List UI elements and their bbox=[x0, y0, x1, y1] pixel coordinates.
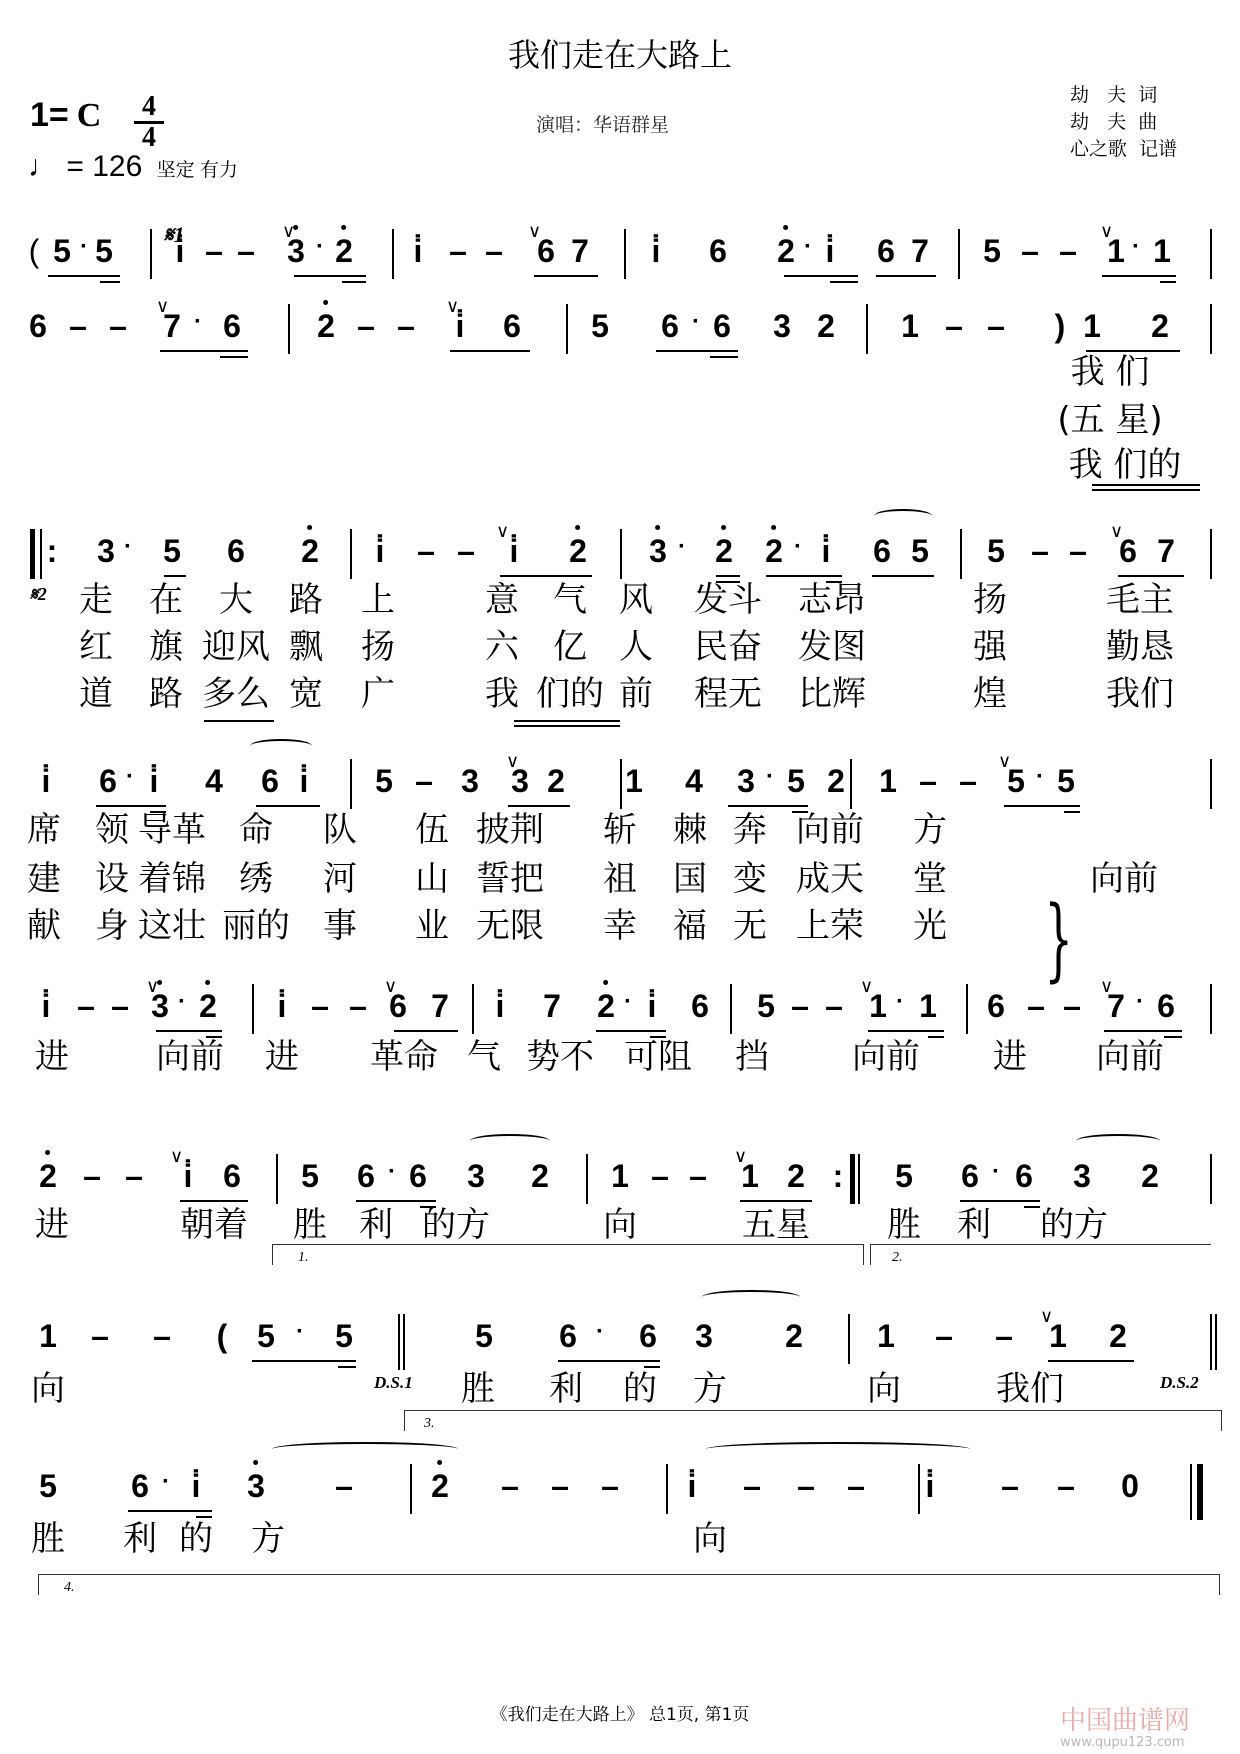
note: i̇ bbox=[688, 1470, 697, 1502]
slur-tie bbox=[250, 739, 312, 753]
breath-mark-icon: ∨ bbox=[496, 521, 509, 542]
dash-extension: – bbox=[83, 1160, 101, 1192]
note: 6 bbox=[131, 1470, 149, 1502]
dash-extension: – bbox=[311, 990, 329, 1022]
beam-underline bbox=[394, 1030, 458, 1032]
note: 2 bbox=[301, 535, 319, 567]
dot-augmentation: · bbox=[804, 235, 812, 259]
dash-extension: – bbox=[1021, 235, 1039, 267]
note: 5 bbox=[39, 1470, 57, 1502]
dash-extension: – bbox=[919, 765, 937, 797]
lyric-syllable: 向前 bbox=[852, 1040, 920, 1074]
lyric-syllable: 五星 bbox=[742, 1208, 810, 1242]
barline bbox=[566, 304, 568, 354]
note: 3 bbox=[737, 765, 755, 797]
lyric-syllable: 势不 bbox=[526, 1040, 594, 1074]
dash-extension: – bbox=[125, 1160, 143, 1192]
note: 2 bbox=[817, 310, 835, 342]
note: 5 bbox=[335, 1320, 353, 1352]
beam-underline bbox=[204, 720, 274, 722]
beam-underline bbox=[868, 1030, 944, 1032]
lyric-syllable: 人 bbox=[619, 630, 653, 664]
lyric-syllable: 扬 bbox=[973, 583, 1007, 617]
barline bbox=[730, 984, 732, 1034]
dash-extension: – bbox=[153, 1320, 171, 1352]
lyric-syllable: 路 bbox=[289, 583, 323, 617]
barline bbox=[624, 229, 626, 279]
note: 6 bbox=[877, 235, 895, 267]
note: 3 bbox=[247, 1470, 265, 1502]
lyric-syllable: 胜 bbox=[31, 1522, 65, 1556]
dash-extension: – bbox=[1001, 1470, 1019, 1502]
beam-underline bbox=[196, 1516, 212, 1518]
note: 6 bbox=[357, 1160, 375, 1192]
lyric-syllable: 上 bbox=[361, 583, 395, 617]
lyric-syllable: 进 bbox=[35, 1208, 69, 1242]
lyric-syllable: 强 bbox=[973, 630, 1007, 664]
beam-underline bbox=[766, 575, 842, 577]
note: 4 bbox=[205, 765, 223, 797]
lyric-syllable: 我们 bbox=[1106, 677, 1174, 711]
lyric-syllable: 煌 bbox=[973, 677, 1007, 711]
segno-2-mark: 𝄋2 bbox=[30, 584, 47, 605]
lyric-syllable: 献 bbox=[27, 909, 61, 943]
lyric-syllable: 胜 bbox=[887, 1208, 921, 1242]
dot-augmentation: · bbox=[624, 990, 632, 1014]
lyric-syllable: 胜 bbox=[293, 1208, 327, 1242]
note: 2 bbox=[1109, 1320, 1127, 1352]
dash-extension: – bbox=[797, 1470, 815, 1502]
beam-underline bbox=[644, 1366, 660, 1368]
beam-underline bbox=[1048, 1360, 1134, 1362]
watermark-text: 中国曲谱网 bbox=[1060, 1706, 1190, 1736]
note: 6 bbox=[1015, 1160, 1033, 1192]
note: i̇ bbox=[150, 765, 159, 797]
lyric-syllable: 向 bbox=[693, 1522, 727, 1556]
note: ( bbox=[217, 1320, 228, 1352]
barline bbox=[1210, 229, 1212, 279]
note: i̇ bbox=[192, 1470, 201, 1502]
volta-3-number: 3. bbox=[424, 1416, 435, 1432]
lyric-syllable: 幸 bbox=[603, 909, 637, 943]
beam-underline bbox=[508, 805, 570, 807]
lyricist-credit: 劫 夫 词 bbox=[1070, 82, 1177, 109]
dash-extension: – bbox=[1057, 1470, 1075, 1502]
lyric-syllable: 风 bbox=[619, 583, 653, 617]
note: 6 bbox=[961, 1160, 979, 1192]
lyric-syllable: 发图 bbox=[798, 630, 866, 664]
time-signature: 4 4 bbox=[134, 94, 164, 151]
dash-extension: – bbox=[205, 235, 223, 267]
dash-extension: – bbox=[415, 765, 433, 797]
note: 2 bbox=[317, 310, 335, 342]
lyric-syllable: 利 bbox=[123, 1522, 157, 1556]
lyric-syllable: 广 bbox=[361, 677, 395, 711]
dash-extension: – bbox=[77, 990, 95, 1022]
lyric-syllable: 走 bbox=[79, 583, 113, 617]
lyric-alt-pickup: (五 星) bbox=[1057, 403, 1162, 437]
note: 0 bbox=[1121, 1470, 1139, 1502]
lyric-syllable: 着锦 bbox=[138, 862, 206, 896]
lyric-syllable: 利 bbox=[359, 1208, 393, 1242]
lyric-syllable: 方 bbox=[913, 813, 947, 847]
lyric-syllable: 成天 bbox=[796, 862, 864, 896]
note: 5 bbox=[301, 1160, 319, 1192]
lyric-syllable: 气 bbox=[553, 583, 587, 617]
time-top: 4 bbox=[134, 94, 164, 120]
dot-augmentation: · bbox=[766, 765, 774, 789]
dash-extension: – bbox=[501, 1470, 519, 1502]
note: 2 bbox=[597, 990, 615, 1022]
volta-1-bracket bbox=[272, 1244, 864, 1265]
page-footer: 《我们走在大路上》 总1页, 第1页 bbox=[0, 1700, 1240, 1725]
barline bbox=[866, 304, 868, 354]
note: 2 bbox=[1141, 1160, 1159, 1192]
dash-extension: – bbox=[825, 990, 843, 1022]
note: 2 bbox=[531, 1160, 549, 1192]
note: 1 bbox=[741, 1160, 759, 1192]
lyric-syllable: 我 bbox=[485, 677, 519, 711]
beam-underline bbox=[710, 356, 738, 358]
lyric-syllable: 山 bbox=[415, 862, 449, 896]
note: : bbox=[833, 1160, 844, 1192]
repeat-end-thick bbox=[850, 1154, 855, 1204]
lyric-syllable: 业 bbox=[415, 909, 449, 943]
lyric-syllable: 红 bbox=[79, 630, 113, 664]
note: 2 bbox=[39, 1160, 57, 1192]
lyric-syllable: 无限 bbox=[476, 909, 544, 943]
lyric-syllable: 大 bbox=[219, 583, 253, 617]
dot-augmentation: · bbox=[896, 990, 904, 1014]
note: 6 bbox=[29, 310, 47, 342]
beam-underline bbox=[156, 1030, 222, 1032]
lyric-syllable: 胜 bbox=[461, 1372, 495, 1406]
note: 7 bbox=[1157, 535, 1175, 567]
barline bbox=[850, 759, 852, 809]
dash-extension: – bbox=[417, 535, 435, 567]
barline bbox=[276, 1154, 278, 1204]
note: i̇ bbox=[826, 235, 835, 267]
beam-underline bbox=[1064, 811, 1080, 813]
lyric-syllable: 身 bbox=[95, 909, 129, 943]
dash-extension: – bbox=[109, 310, 127, 342]
barline bbox=[586, 1154, 588, 1204]
key-label: 1= bbox=[30, 96, 69, 134]
double-bar-thin-4 bbox=[1215, 1314, 1217, 1370]
verse-brace: } bbox=[1044, 895, 1073, 985]
beam-underline bbox=[164, 575, 186, 577]
tempo-expression: 坚定 有力 bbox=[157, 160, 238, 181]
lyric-syllable: 向 bbox=[867, 1372, 901, 1406]
slur-tie bbox=[470, 1134, 550, 1148]
note: 6 bbox=[503, 310, 521, 342]
beam-underline bbox=[256, 805, 320, 807]
singer-credit: 演唱：华语群星 bbox=[536, 110, 669, 137]
note: 3 bbox=[695, 1320, 713, 1352]
note: 6 bbox=[873, 535, 891, 567]
beam-underline bbox=[558, 1360, 660, 1362]
lyric-syllable: 伍 bbox=[415, 813, 449, 847]
barline bbox=[392, 229, 394, 279]
note: 1 bbox=[919, 990, 937, 1022]
tempo-value: = 126 bbox=[66, 150, 142, 183]
beam-underline bbox=[180, 1200, 248, 1202]
dash-extension: – bbox=[1027, 990, 1045, 1022]
note: 1 bbox=[1049, 1320, 1067, 1352]
watermark-url: www.qupu123.com bbox=[1060, 1735, 1190, 1750]
note: 2 bbox=[777, 235, 795, 267]
dash-extension: – bbox=[945, 310, 963, 342]
beam-underline bbox=[100, 281, 120, 283]
lyric-syllable: 导革 bbox=[138, 813, 206, 847]
note: 1 bbox=[869, 990, 887, 1022]
quarter-note-icon: ♩ bbox=[28, 150, 58, 183]
note: 5 bbox=[257, 1320, 275, 1352]
lyric-syllable: 无 bbox=[733, 909, 767, 943]
dash-extension: – bbox=[1063, 990, 1081, 1022]
beam-underline bbox=[96, 805, 166, 807]
note: 5 bbox=[787, 765, 805, 797]
barline bbox=[1210, 759, 1212, 809]
lyric-syllable: 我们 bbox=[996, 1372, 1064, 1406]
note: 3 bbox=[649, 535, 667, 567]
dot-augmentation: · bbox=[1036, 765, 1044, 789]
lyric-syllable: 意 bbox=[485, 583, 519, 617]
note: 3 bbox=[97, 535, 115, 567]
note: 5 bbox=[983, 235, 1001, 267]
note: i̇ bbox=[652, 235, 661, 267]
slur-tie bbox=[1076, 1134, 1160, 1148]
lyric-syllable: 朝着 bbox=[180, 1208, 248, 1242]
note: 7 bbox=[1107, 990, 1125, 1022]
barline bbox=[150, 229, 152, 279]
beam-underline bbox=[1092, 489, 1200, 491]
note: 7 bbox=[163, 310, 181, 342]
lyric-syllable: 向前 bbox=[796, 813, 864, 847]
barline bbox=[1210, 529, 1212, 579]
dot-augmentation: · bbox=[162, 1470, 170, 1494]
note: 6 bbox=[389, 990, 407, 1022]
barline bbox=[960, 529, 962, 579]
dash-extension: – bbox=[1069, 535, 1087, 567]
lyric-syllable: 志昂 bbox=[798, 583, 866, 617]
note: i̇ bbox=[278, 990, 287, 1022]
beam-underline bbox=[48, 275, 120, 277]
lyric-syllable: 比辉 bbox=[798, 677, 866, 711]
note: 1 bbox=[879, 765, 897, 797]
note: 5 bbox=[911, 535, 929, 567]
note: 3 bbox=[511, 765, 529, 797]
beam-underline bbox=[1092, 484, 1200, 486]
dash-extension: – bbox=[551, 1470, 569, 1502]
note: i̇ bbox=[42, 765, 51, 797]
beam-underline bbox=[450, 350, 530, 352]
note: 1 bbox=[625, 765, 643, 797]
transcriber-credit: 心之歌 记谱 bbox=[1070, 136, 1177, 163]
barline bbox=[252, 984, 254, 1034]
note: 2 bbox=[787, 1160, 805, 1192]
lyric-syllable: 变 bbox=[733, 862, 767, 896]
barline bbox=[472, 984, 474, 1034]
lyric-syllable: 设 bbox=[95, 862, 129, 896]
ds1-mark: D.S.1 bbox=[374, 1373, 413, 1393]
volta-4-number: 4. bbox=[64, 1580, 75, 1596]
breath-mark-icon: ∨ bbox=[170, 1146, 183, 1167]
lyric-syllable: 可阻 bbox=[624, 1040, 692, 1074]
lyric-syllable: 命 bbox=[239, 813, 273, 847]
note: 6 bbox=[223, 1160, 241, 1192]
lyric-syllable: 进 bbox=[265, 1040, 299, 1074]
time-bottom: 4 bbox=[134, 125, 164, 151]
lyric-syllable: 飘 bbox=[289, 630, 323, 664]
lyric-syllable: 棘 bbox=[673, 813, 707, 847]
barline bbox=[1210, 984, 1212, 1034]
note: 6 bbox=[1119, 535, 1137, 567]
beam-underline bbox=[784, 275, 858, 277]
lyric-syllable: 气 bbox=[467, 1040, 501, 1074]
dash-extension: – bbox=[995, 1320, 1013, 1352]
note: 2 bbox=[1151, 310, 1169, 342]
beam-underline bbox=[1024, 1206, 1040, 1208]
lyric-syllable: 进 bbox=[993, 1040, 1027, 1074]
beam-underline bbox=[220, 356, 248, 358]
barline bbox=[918, 1464, 920, 1514]
lyric-syllable: 六 bbox=[485, 630, 519, 664]
dot-augmentation: · bbox=[1136, 990, 1144, 1014]
beam-underline bbox=[596, 1030, 666, 1032]
lyric-syllable: 向 bbox=[603, 1208, 637, 1242]
note: 5 bbox=[1007, 765, 1025, 797]
slur-tie bbox=[874, 509, 932, 523]
lyric-syllable: 挡 bbox=[735, 1040, 769, 1074]
beam-underline bbox=[252, 1360, 356, 1362]
lyric-syllable: 毛主 bbox=[1106, 583, 1174, 617]
lyric-syllable: 国 bbox=[673, 862, 707, 896]
dot-augmentation: · bbox=[992, 1160, 1000, 1184]
volta-4-bracket bbox=[38, 1574, 1220, 1595]
dash-extension: – bbox=[111, 990, 129, 1022]
double-bar-thin-3 bbox=[1210, 1314, 1212, 1370]
note: 2 bbox=[827, 765, 845, 797]
lyric-syllable: 扬 bbox=[361, 630, 395, 664]
note: 6 bbox=[713, 310, 731, 342]
segno-1-mark: 𝄋1 bbox=[164, 222, 184, 248]
beam-underline bbox=[1104, 1030, 1182, 1032]
note: 6 bbox=[537, 235, 555, 267]
lyric-syllable: 奔 bbox=[733, 813, 767, 847]
note: 2 bbox=[199, 990, 217, 1022]
dash-extension: – bbox=[397, 310, 415, 342]
lyric-syllable: 方 bbox=[251, 1522, 285, 1556]
note: 7 bbox=[571, 235, 589, 267]
key-letter: C bbox=[77, 97, 102, 134]
slur-tie bbox=[706, 1442, 970, 1456]
final-bar-thin bbox=[1190, 1464, 1192, 1520]
note: 3 bbox=[461, 765, 479, 797]
ds2-mark: D.S.2 bbox=[1160, 1373, 1199, 1393]
dot-augmentation: · bbox=[388, 1160, 396, 1184]
dot-augmentation: · bbox=[1132, 235, 1140, 259]
lyric-syllable: 利 bbox=[957, 1208, 991, 1242]
lyric-syllable: 上荣 bbox=[796, 909, 864, 943]
note: 5 bbox=[1057, 765, 1075, 797]
note: 6 bbox=[709, 235, 727, 267]
lyric-syllable: 程无 bbox=[694, 677, 762, 711]
note: i̇ bbox=[496, 990, 505, 1022]
note: 6 bbox=[227, 535, 245, 567]
barline bbox=[666, 1464, 668, 1514]
dash-extension: – bbox=[237, 235, 255, 267]
beam-underline bbox=[1004, 805, 1080, 807]
volta-1-number: 1. bbox=[298, 1250, 309, 1266]
slur-tie bbox=[702, 1290, 800, 1304]
lyric-syllable: 我 们 bbox=[1071, 355, 1150, 389]
beam-underline bbox=[534, 275, 598, 277]
dash-extension: – bbox=[601, 1470, 619, 1502]
double-bar-thin-1 bbox=[398, 1314, 400, 1370]
lyric-syllable: 的方 bbox=[422, 1208, 490, 1242]
barline bbox=[966, 984, 968, 1034]
repeat-end-thin bbox=[858, 1154, 860, 1204]
note: i̇ bbox=[926, 1470, 935, 1502]
note: i̇ bbox=[376, 535, 385, 567]
barline bbox=[1210, 304, 1212, 354]
note: 6 bbox=[639, 1320, 657, 1352]
note: 2 bbox=[569, 535, 587, 567]
beam-underline bbox=[1164, 1036, 1182, 1038]
beam-underline bbox=[500, 575, 592, 577]
dash-extension: – bbox=[69, 310, 87, 342]
lyric-syllable: 福 bbox=[673, 909, 707, 943]
note: 6 bbox=[99, 765, 117, 797]
volta-2-bracket bbox=[870, 1244, 1211, 1265]
lyric-syllable: 前 bbox=[619, 677, 653, 711]
beam-underline bbox=[1118, 575, 1184, 577]
dot-augmentation: · bbox=[596, 1320, 604, 1344]
note: 2 bbox=[335, 235, 353, 267]
watermark-logo: 中国曲谱网 www.qupu123.com bbox=[1060, 1700, 1190, 1750]
lyric-syllable: 席 bbox=[27, 813, 61, 847]
dot-augmentation: · bbox=[194, 310, 202, 334]
lyric-syllable: 领 bbox=[95, 813, 129, 847]
note: 6 bbox=[409, 1160, 427, 1192]
beam-underline bbox=[160, 350, 248, 352]
dash-extension: – bbox=[847, 1470, 865, 1502]
note: 5 bbox=[591, 310, 609, 342]
dot-augmentation: · bbox=[678, 535, 686, 559]
barline bbox=[958, 229, 960, 279]
beam-underline bbox=[728, 805, 808, 807]
beam-underline bbox=[338, 1366, 356, 1368]
lyric-syllable: 向前 bbox=[1096, 1040, 1164, 1074]
dot-augmentation: · bbox=[126, 765, 134, 789]
dash-extension: – bbox=[689, 1160, 707, 1192]
dash-extension: – bbox=[91, 1320, 109, 1352]
note: 6 bbox=[1157, 990, 1175, 1022]
note: 4 bbox=[685, 765, 703, 797]
note: 3 bbox=[287, 235, 305, 267]
lyric-syllable: 进 bbox=[35, 1040, 69, 1074]
song-title: 我们走在大路上 bbox=[0, 30, 1240, 76]
barline bbox=[1210, 1154, 1212, 1204]
lyric-syllable: 向 bbox=[31, 1372, 65, 1406]
lyric-syllable: 的方 bbox=[1040, 1208, 1108, 1242]
lyric-syllable: 革命 bbox=[370, 1040, 438, 1074]
beam-underline bbox=[514, 720, 620, 722]
lyric-syllable: 们的 bbox=[536, 677, 604, 711]
lyric-syllable: 路 bbox=[149, 677, 183, 711]
beam-underline bbox=[928, 1036, 944, 1038]
